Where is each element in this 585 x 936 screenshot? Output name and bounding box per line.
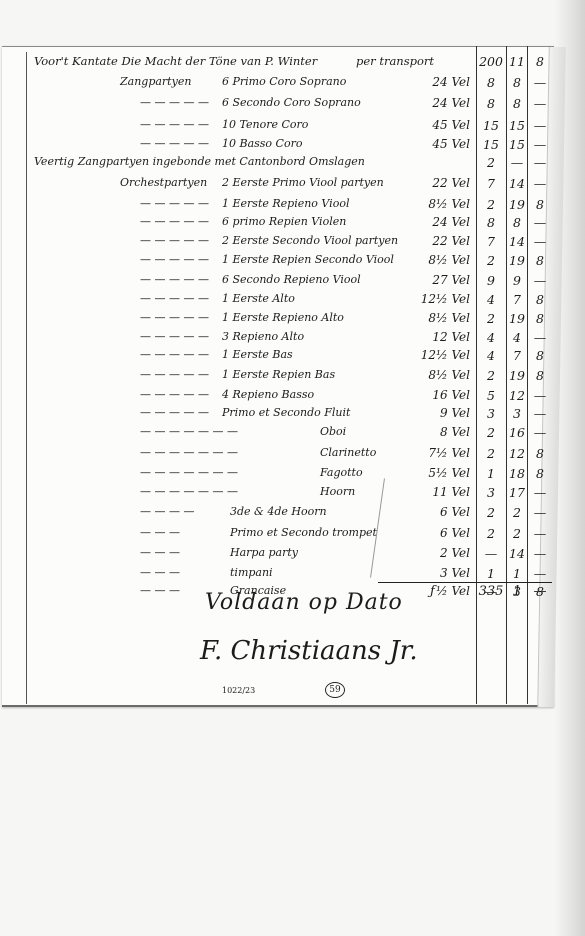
row-guilders: 4 xyxy=(478,348,504,363)
row-description: Harpa party xyxy=(230,546,298,559)
row-stuivers: 18 xyxy=(507,466,527,481)
row-sheet-count: 7½ Vel xyxy=(400,446,470,460)
row-guilders: 2 xyxy=(478,197,504,212)
table-row: — — — — —10 Basso Coro45 Vel1515— xyxy=(0,137,585,157)
table-row: — — — — —6 Secondo Coro Soprano24 Vel88— xyxy=(0,96,585,116)
row-prefix: — — — — — xyxy=(140,330,209,343)
carried-over-label: per transport xyxy=(356,54,434,68)
row-guilders: 8 xyxy=(478,215,504,230)
row-prefix: — — — — — xyxy=(140,215,209,228)
row-guilders: 15 xyxy=(478,137,504,152)
row-prefix: — — — — — xyxy=(140,253,209,266)
currency-mark: ƒ xyxy=(430,584,435,599)
row-prefix: — — — — — xyxy=(140,348,209,361)
table-row: — — — — —1 Eerste Alto12½ Vel478 xyxy=(0,292,585,312)
row-description: 2 Eerste Secondo Viool partyen xyxy=(222,234,398,247)
row-sheet-count: 5½ Vel xyxy=(400,466,470,480)
row-stuivers: 7 xyxy=(507,292,527,307)
table-row: — — — — —3 Repieno Alto12 Vel44— xyxy=(0,330,585,350)
row-description: 1 Eerste Repien Secondo Viool xyxy=(222,253,394,266)
total-stuivers: 1 xyxy=(507,584,527,599)
row-sheet-count: 24 Vel xyxy=(400,215,470,229)
row-guilders: 2 xyxy=(478,446,504,461)
row-stuivers: 14 xyxy=(507,176,527,191)
row-sheet-count: 24 Vel xyxy=(400,75,470,89)
row-stuivers: — xyxy=(507,155,527,170)
paid-note: Voldaan op Dato xyxy=(205,590,403,615)
row-stuivers: 15 xyxy=(507,137,527,152)
row-pennings: — xyxy=(529,406,551,421)
row-prefix: — — — — — xyxy=(140,197,209,210)
archive-number: 1022/23 xyxy=(222,686,255,695)
row-prefix: — — — — — xyxy=(140,368,209,381)
row-description: Oboi xyxy=(320,425,346,438)
row-description: Primo et Secondo Fluit xyxy=(222,406,350,419)
table-row: — — — — —6 primo Repien Violen24 Vel88— xyxy=(0,215,585,235)
row-stuivers: 4 xyxy=(507,330,527,345)
table-row: — — — — —1 Eerste Repieno Viool8½ Vel219… xyxy=(0,197,585,217)
row-description: 1 Eerste Repien Bas xyxy=(222,368,335,381)
table-row: Zangpartyen6 Primo Coro Soprano24 Vel88— xyxy=(0,75,585,95)
row-sheet-count: 8½ Vel xyxy=(400,253,470,267)
table-row: — — — — —Primo et Secondo Fluit9 Vel33— xyxy=(0,406,585,426)
table-row: — — — — —1 Eerste Repien Secondo Viool8½… xyxy=(0,253,585,273)
row-stuivers: 1 xyxy=(507,566,527,581)
row-pennings: 8 xyxy=(529,253,551,268)
table-row: — — — — — — —Hoorn11 Vel317— xyxy=(0,485,585,505)
row-pennings: 8 xyxy=(529,348,551,363)
row-stuivers: 14 xyxy=(507,546,527,561)
document-title: Voor't Kantate Die Macht der Töne van P.… xyxy=(34,54,317,68)
row-stuivers: 19 xyxy=(507,197,527,212)
row-guilders: 4 xyxy=(478,330,504,345)
row-prefix: — — — — — xyxy=(140,96,209,109)
row-pennings: — xyxy=(529,273,551,288)
row-sheet-count: 12½ Vel xyxy=(400,348,470,362)
header-row: Voor't Kantate Die Macht der Töne van P.… xyxy=(0,54,585,74)
row-description: 3 Repieno Alto xyxy=(222,330,304,343)
row-pennings: 8 xyxy=(529,368,551,383)
row-stuivers: 12 xyxy=(507,388,527,403)
row-sheet-count: 22 Vel xyxy=(400,234,470,248)
row-pennings: 8 xyxy=(529,197,551,212)
page-number-stamp: 59 xyxy=(325,682,345,698)
row-description: Veertig Zangpartyen ingebonde met Canton… xyxy=(34,155,365,168)
row-pennings: — xyxy=(529,566,551,581)
row-description: 1 Eerste Repieno Alto xyxy=(222,311,344,324)
row-stuivers: 7 xyxy=(507,348,527,363)
row-description: 6 Secondo Coro Soprano xyxy=(222,96,361,109)
row-guilders: 3 xyxy=(478,485,504,500)
row-description: timpani xyxy=(230,566,273,579)
row-sheet-count: 8 Vel xyxy=(400,425,470,439)
row-sheet-count: 3 Vel xyxy=(400,566,470,580)
table-row: Orchestpartyen2 Eerste Primo Viool party… xyxy=(0,176,585,196)
table-row: — — —Harpa party2 Vel—14— xyxy=(0,546,585,566)
row-description: Clarinetto xyxy=(320,446,376,459)
row-sheet-count: 2 Vel xyxy=(400,546,470,560)
row-pennings: 8 xyxy=(529,311,551,326)
row-guilders: 2 xyxy=(478,368,504,383)
row-description: 6 Primo Coro Soprano xyxy=(222,75,346,88)
row-sheet-count: 16 Vel xyxy=(400,388,470,402)
signature: F. Christiaans Jr. xyxy=(200,636,418,666)
row-pennings: 8 xyxy=(529,466,551,481)
row-sheet-count: 8½ Vel xyxy=(400,311,470,325)
row-stuivers: 9 xyxy=(507,273,527,288)
row-sheet-count: 11 Vel xyxy=(400,485,470,499)
row-prefix: — — — — — xyxy=(140,292,209,305)
row-description: 3de & 4de Hoorn xyxy=(230,505,327,518)
table-row: — — — — —6 Secondo Repieno Viool27 Vel99… xyxy=(0,273,585,293)
row-description: Fagotto xyxy=(320,466,363,479)
row-stuivers: 17 xyxy=(507,485,527,500)
row-guilders: 2 xyxy=(478,155,504,170)
row-prefix: — — — — — xyxy=(140,234,209,247)
row-guilders: 2 xyxy=(478,311,504,326)
table-row: — — — — —1 Eerste Repien Bas8½ Vel2198 xyxy=(0,368,585,388)
row-stuivers: 19 xyxy=(507,311,527,326)
carried-over-pennings: 8 xyxy=(529,54,551,69)
table-row: — — — — — — —Fagotto5½ Vel1188 xyxy=(0,466,585,486)
row-description: 6 primo Repien Violen xyxy=(222,215,346,228)
row-prefix: — — — — — — — xyxy=(140,446,238,459)
row-guilders: 2 xyxy=(478,505,504,520)
row-prefix: — — — — — xyxy=(140,118,209,131)
row-description: 1 Eerste Bas xyxy=(222,348,293,361)
row-guilders: 2 xyxy=(478,526,504,541)
row-guilders: 7 xyxy=(478,176,504,191)
row-stuivers: 8 xyxy=(507,215,527,230)
row-stuivers: 16 xyxy=(507,425,527,440)
row-pennings: — xyxy=(529,485,551,500)
row-description: Primo et Secondo trompet xyxy=(230,526,377,539)
table-row: — — — — —4 Repieno Basso16 Vel512— xyxy=(0,388,585,408)
row-prefix: — — — — — xyxy=(140,311,209,324)
table-row: Veertig Zangpartyen ingebonde met Canton… xyxy=(0,155,585,175)
row-description: 10 Tenore Coro xyxy=(222,118,308,131)
row-guilders: 1 xyxy=(478,466,504,481)
row-description: 10 Basso Coro xyxy=(222,137,302,150)
row-description: 1 Eerste Repieno Viool xyxy=(222,197,349,210)
row-stuivers: 2 xyxy=(507,505,527,520)
row-guilders: 1 xyxy=(478,566,504,581)
row-prefix: Orchestpartyen xyxy=(120,176,207,189)
row-guilders: 7 xyxy=(478,234,504,249)
row-pennings: — xyxy=(529,96,551,111)
row-sheet-count: 22 Vel xyxy=(400,176,470,190)
row-description: Hoorn xyxy=(320,485,355,498)
row-description: 1 Eerste Alto xyxy=(222,292,295,305)
row-sheet-count: 8½ Vel xyxy=(400,197,470,211)
table-row: — — —timpani3 Vel11— xyxy=(0,566,585,586)
row-guilders: 8 xyxy=(478,75,504,90)
row-stuivers: 12 xyxy=(507,446,527,461)
row-pennings: — xyxy=(529,137,551,152)
row-sheet-count: 6 Vel xyxy=(400,505,470,519)
row-pennings: — xyxy=(529,388,551,403)
row-stuivers: 8 xyxy=(507,96,527,111)
total-guilders: 335 xyxy=(478,584,504,599)
row-prefix: — — — — xyxy=(140,505,195,518)
row-prefix: — — — — — xyxy=(140,273,209,286)
row-stuivers: 2 xyxy=(507,526,527,541)
table-row: — — — — —2 Eerste Secondo Viool partyen2… xyxy=(0,234,585,254)
total-pennings: — xyxy=(529,584,551,599)
row-pennings: — xyxy=(529,234,551,249)
row-pennings: — xyxy=(529,330,551,345)
table-row: — — — — —1 Eerste Repieno Alto8½ Vel2198 xyxy=(0,311,585,331)
row-pennings: — xyxy=(529,505,551,520)
row-pennings: — xyxy=(529,546,551,561)
row-sheet-count: 6 Vel xyxy=(400,526,470,540)
row-description: 2 Eerste Primo Viool partyen xyxy=(222,176,384,189)
row-guilders: 4 xyxy=(478,292,504,307)
row-stuivers: 19 xyxy=(507,368,527,383)
row-prefix: — — — — — xyxy=(140,406,209,419)
row-sheet-count: 45 Vel xyxy=(400,118,470,132)
row-guilders: 3 xyxy=(478,406,504,421)
carried-over-stuivers: 11 xyxy=(507,54,527,69)
row-guilders: 2 xyxy=(478,253,504,268)
row-sheet-count: 24 Vel xyxy=(400,96,470,110)
row-guilders: 8 xyxy=(478,96,504,111)
row-pennings: — xyxy=(529,215,551,230)
row-sheet-count: 27 Vel xyxy=(400,273,470,287)
row-prefix: — — — — — xyxy=(140,137,209,150)
row-sheet-count: 9 Vel xyxy=(400,406,470,420)
row-sheet-count: 12 Vel xyxy=(400,330,470,344)
row-prefix: — — — xyxy=(140,566,180,579)
row-prefix: — — — xyxy=(140,526,180,539)
row-prefix: — — — xyxy=(140,546,180,559)
row-guilders: — xyxy=(478,546,504,561)
row-guilders: 5 xyxy=(478,388,504,403)
row-sheet-count: 8½ Vel xyxy=(400,368,470,382)
row-prefix: — — — — — xyxy=(140,388,209,401)
row-pennings: 8 xyxy=(529,292,551,307)
row-pennings: — xyxy=(529,176,551,191)
row-guilders: 2 xyxy=(478,425,504,440)
row-pennings: 8 xyxy=(529,446,551,461)
row-stuivers: 3 xyxy=(507,406,527,421)
table-row: — — — — — — —Clarinetto7½ Vel2128 xyxy=(0,446,585,466)
table-row: — — — —3de & 4de Hoorn6 Vel22— xyxy=(0,505,585,525)
row-prefix: — — — — — — — xyxy=(140,485,238,498)
row-stuivers: 19 xyxy=(507,253,527,268)
row-guilders: 15 xyxy=(478,118,504,133)
row-stuivers: 15 xyxy=(507,118,527,133)
table-row: — — —Primo et Secondo trompet6 Vel22— xyxy=(0,526,585,546)
row-description: 6 Secondo Repieno Viool xyxy=(222,273,361,286)
table-row: — — — — —10 Tenore Coro45 Vel1515— xyxy=(0,118,585,138)
row-pennings: — xyxy=(529,155,551,170)
row-prefix: — — — — — — — xyxy=(140,425,238,438)
table-row: — — — — — — —Oboi8 Vel216— xyxy=(0,425,585,445)
row-prefix: — — — — — — — xyxy=(140,466,238,479)
row-pennings: — xyxy=(529,118,551,133)
row-sheet-count: 12½ Vel xyxy=(400,292,470,306)
row-description: 4 Repieno Basso xyxy=(222,388,314,401)
carried-over-guilders: 200 xyxy=(478,54,504,69)
total-rule xyxy=(378,582,552,583)
row-stuivers: 14 xyxy=(507,234,527,249)
row-pennings: — xyxy=(529,75,551,90)
row-pennings: — xyxy=(529,526,551,541)
row-sheet-count: 45 Vel xyxy=(400,137,470,151)
row-stuivers: 8 xyxy=(507,75,527,90)
row-prefix: Zangpartyen xyxy=(120,75,191,88)
table-row: — — — — —1 Eerste Bas12½ Vel478 xyxy=(0,348,585,368)
row-guilders: 9 xyxy=(478,273,504,288)
row-pennings: — xyxy=(529,425,551,440)
